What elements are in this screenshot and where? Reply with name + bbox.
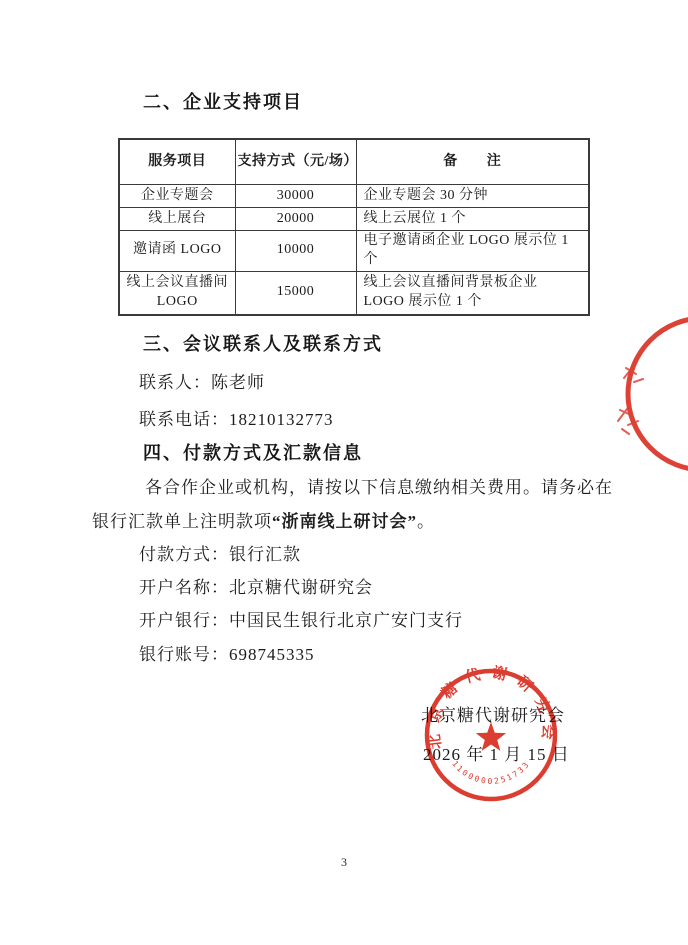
cell-service-item: 邀请函 LOGO <box>119 231 235 272</box>
section2-title: 二、企业支持项目 <box>143 88 303 114</box>
page-number: 3 <box>0 855 688 870</box>
cell-price: 30000 <box>235 185 356 208</box>
paragraph-text: 银行汇款单上注明款项 <box>92 512 272 531</box>
cell-price: 15000 <box>235 271 356 315</box>
cell-service-item: 企业专题会 <box>119 185 235 208</box>
cell-note: 企业专题会 30 分钟 <box>356 185 589 208</box>
table-header-row: 服务项目 支持方式（元/场） 备 注 <box>119 139 589 185</box>
cell-service-item: 线上展台 <box>119 208 235 231</box>
payment-paragraph-line2: 银行汇款单上注明款项“浙南线上研讨会”。 <box>92 507 435 532</box>
paragraph-period: 。 <box>417 512 435 531</box>
seal-number: 1100000251733 <box>450 759 532 786</box>
section3-title: 三、会议联系人及联系方式 <box>143 330 383 356</box>
contact-phone-line: 联系电话：18210132773 <box>139 405 334 430</box>
table-row-online-booth: 线上展台 20000 线上云展位 1 个 <box>119 208 589 231</box>
seal-star-icon <box>476 722 506 751</box>
cell-price: 10000 <box>235 231 356 272</box>
remittance-note-bold: “浙南线上研讨会” <box>272 512 417 531</box>
cell-note: 线上会议直播间背景板企业 LOGO 展示位 1 个 <box>356 271 589 315</box>
table-row-livestream-logo: 线上会议直播间 LOGO 15000 线上会议直播间背景板企业 LOGO 展示位… <box>119 271 589 315</box>
partial-seal-right-edge <box>598 312 688 480</box>
payment-paragraph-line1: 各合作企业或机构，请按以下信息缴纳相关费用。请务必在 <box>145 473 613 498</box>
partial-seal-ring <box>628 318 688 470</box>
account-name-line: 开户名称：北京糖代谢研究会 <box>139 573 373 598</box>
cell-note: 线上云展位 1 个 <box>356 208 589 231</box>
bank-line: 开户银行：中国民生银行北京广安门支行 <box>139 606 463 631</box>
document-page: 二、企业支持项目 服务项目 支持方式（元/场） 备 注 企业专题会 30000 … <box>0 0 688 945</box>
table-row-special-session: 企业专题会 30000 企业专题会 30 分钟 <box>119 185 589 208</box>
col-header-service-item: 服务项目 <box>119 139 235 185</box>
payment-method-line: 付款方式：银行汇款 <box>139 540 301 565</box>
svg-text:1100000251733: 1100000251733 <box>450 759 532 786</box>
col-header-note: 备 注 <box>356 139 589 185</box>
col-header-support-price: 支持方式（元/场） <box>235 139 356 185</box>
account-number-line: 银行账号：698745335 <box>139 640 315 665</box>
cell-service-item: 线上会议直播间 LOGO <box>119 271 235 315</box>
support-table: 服务项目 支持方式（元/场） 备 注 企业专题会 30000 企业专题会 30 … <box>118 138 590 316</box>
official-seal: 北京糖代谢研究会 1100000251733 <box>421 665 561 805</box>
contact-name-line: 联系人：陈老师 <box>139 368 265 393</box>
table-row-invitation-logo: 邀请函 LOGO 10000 电子邀请函企业 LOGO 展示位 1 个 <box>119 231 589 272</box>
section4-title: 四、付款方式及汇款信息 <box>143 439 363 465</box>
cell-price: 20000 <box>235 208 356 231</box>
cell-note: 电子邀请函企业 LOGO 展示位 1 个 <box>356 231 589 272</box>
